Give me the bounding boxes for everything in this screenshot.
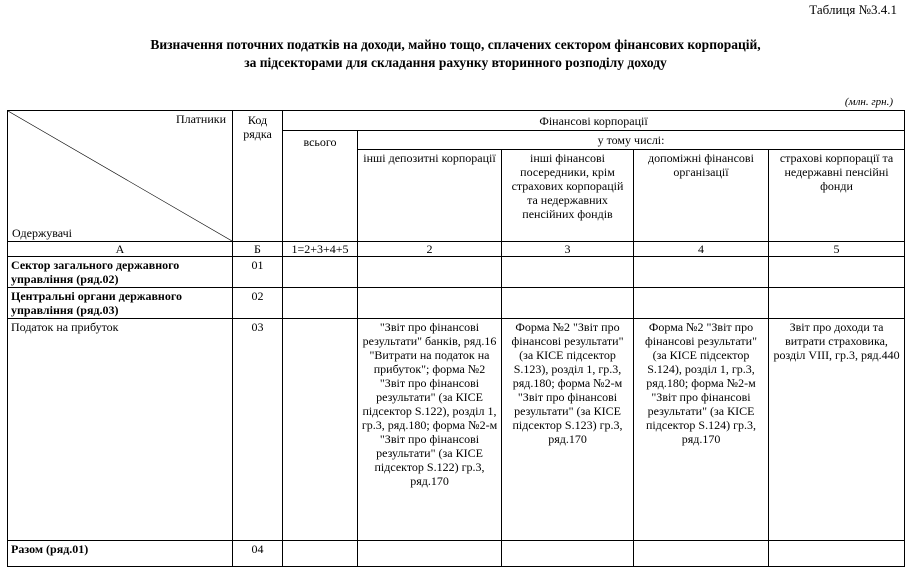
table-row: Сектор загального державного управління …: [8, 257, 905, 288]
cell-source-insurance: Звіт про доходи та витрати страховика, р…: [769, 319, 905, 541]
cell-total: [283, 319, 358, 541]
cell: [634, 257, 769, 288]
col-header-other-intermediaries: інші фінансові посередники, крім страхов…: [502, 150, 634, 242]
tax-table: Платники Одержувачі Код рядка Фінансові …: [7, 110, 905, 567]
cell-source-s123: Форма №2 "Звіт про фінансові результати"…: [502, 319, 634, 541]
col-header-auxiliary: допоміжні фінансові організації: [634, 150, 769, 242]
row-label: Податок на прибуток: [8, 319, 233, 541]
col-header-other-deposit: інші депозитні корпорації: [358, 150, 502, 242]
table-row: Центральні органи державного управління …: [8, 288, 905, 319]
row-label: Разом (ряд.01): [8, 541, 233, 567]
cell-total: [283, 288, 358, 319]
financial-corporations-header: Фінансові корпорації: [283, 111, 905, 131]
cell: [358, 257, 502, 288]
document-title: Визначення поточних податків на доходи, …: [0, 36, 911, 72]
cell: [769, 541, 905, 567]
title-line-2: за підсекторами для складання рахунку вт…: [0, 54, 911, 72]
cell: [358, 288, 502, 319]
numbering-row: А Б 1=2+3+4+5 2 3 4 5: [8, 242, 905, 257]
units-note: (млн. грн.): [845, 96, 893, 108]
cell: [502, 288, 634, 319]
col-header-insurance: страхові корпорації та недержавні пенсій…: [769, 150, 905, 242]
row-code-header: Код рядка: [233, 111, 283, 242]
col-number: 2: [358, 242, 502, 257]
table-number: Таблиця №3.4.1: [809, 2, 897, 18]
cell-source-s124: Форма №2 "Звіт про фінансові результати"…: [634, 319, 769, 541]
diagonal-line: [8, 111, 232, 241]
row-code: 02: [233, 288, 283, 319]
col-number: А: [8, 242, 233, 257]
cell-source-s122: "Звіт про фінансові результати" банків, …: [358, 319, 502, 541]
row-code: 01: [233, 257, 283, 288]
cell: [634, 541, 769, 567]
col-number: 4: [634, 242, 769, 257]
cell-total: [283, 257, 358, 288]
cell: [769, 288, 905, 319]
col-number: 1=2+3+4+5: [283, 242, 358, 257]
col-number: 5: [769, 242, 905, 257]
cell: [502, 257, 634, 288]
col-number: 3: [502, 242, 634, 257]
title-line-1: Визначення поточних податків на доходи, …: [0, 36, 911, 54]
cell: [634, 288, 769, 319]
recipients-label: Одержувачі: [12, 226, 72, 240]
cell: [769, 257, 905, 288]
cell-total: [283, 541, 358, 567]
row-code: 04: [233, 541, 283, 567]
row-label: Центральні органи державного управління …: [8, 288, 233, 319]
table-row: Податок на прибуток 03 "Звіт про фінансо…: [8, 319, 905, 541]
row-code: 03: [233, 319, 283, 541]
diagonal-header-cell: Платники Одержувачі: [8, 111, 233, 242]
including-header: у тому числі:: [358, 131, 905, 150]
row-label: Сектор загального державного управління …: [8, 257, 233, 288]
table-row: Разом (ряд.01) 04: [8, 541, 905, 567]
cell: [358, 541, 502, 567]
col-number: Б: [233, 242, 283, 257]
total-header: всього: [283, 131, 358, 242]
cell: [502, 541, 634, 567]
payers-label: Платники: [176, 112, 226, 126]
